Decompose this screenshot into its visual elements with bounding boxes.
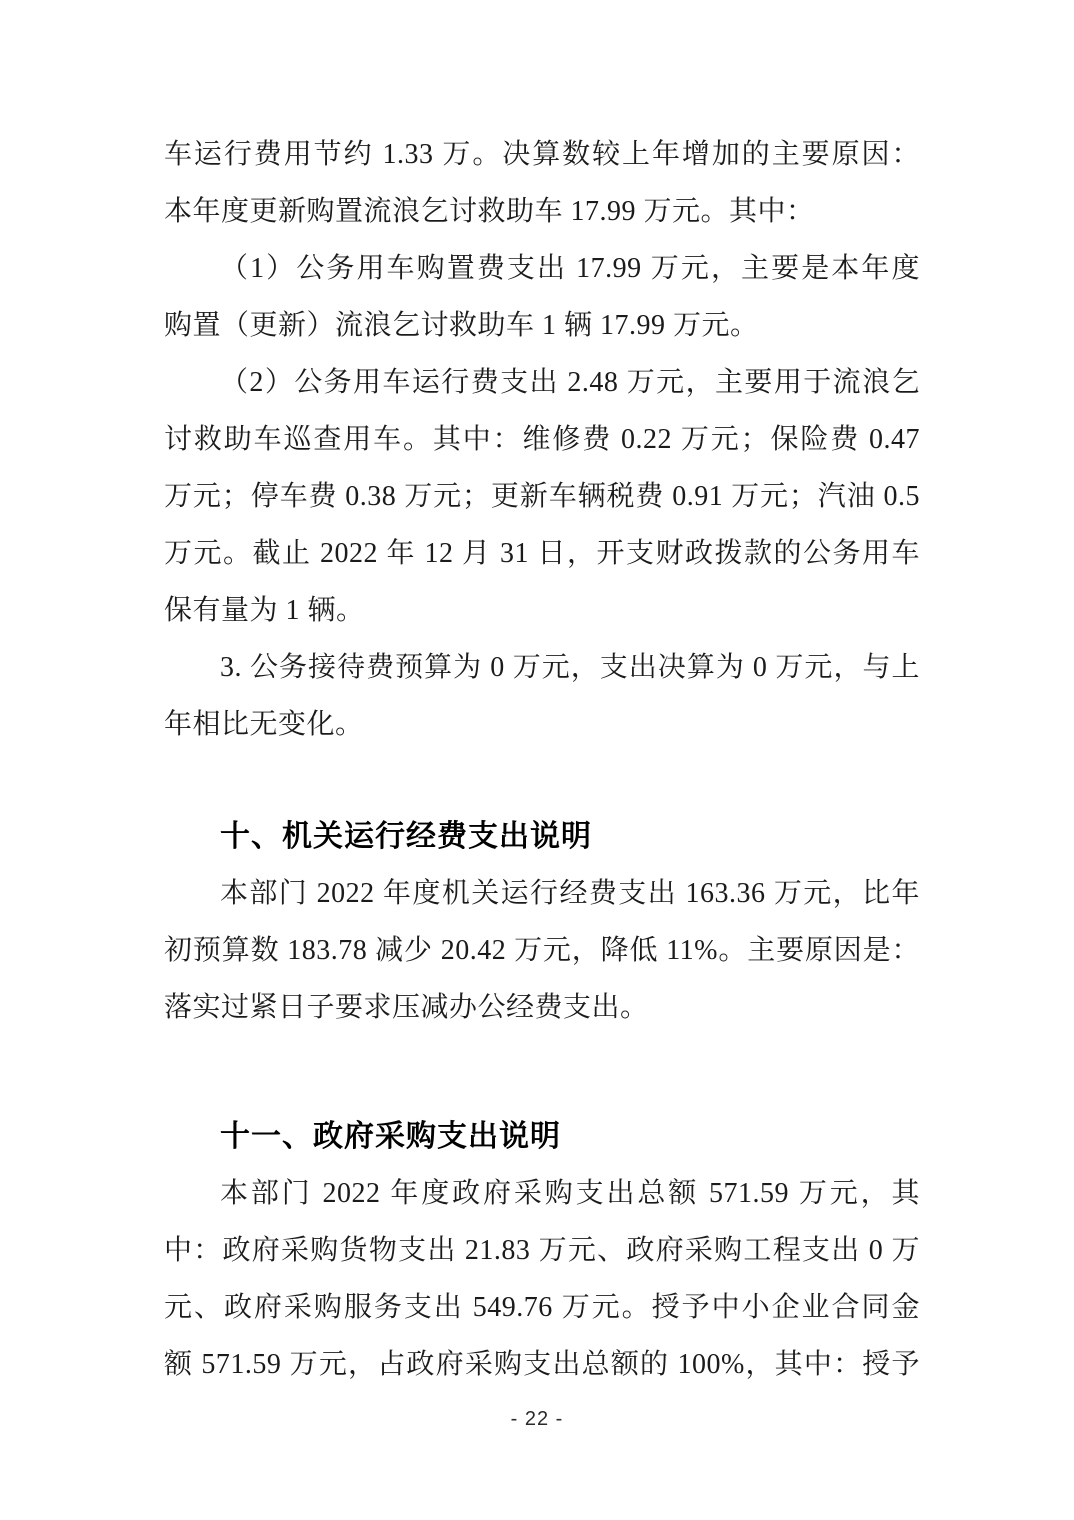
section-heading-11: 十一、政府采购支出说明 (164, 1108, 920, 1165)
body-line-item2-5: 保有量为 1 辆。 (164, 582, 920, 639)
body-line-item3-1: 3. 公务接待费预算为 0 万元，支出决算为 0 万元，与上 (164, 639, 920, 696)
section-heading-10: 十、机关运行经费支出说明 (164, 808, 920, 865)
body-line-sec11-4: 额 571.59 万元，占政府采购支出总额的 100%，其中：授予 (164, 1336, 920, 1393)
body-line-item1-2: 购置（更新）流浪乞讨救助车 1 辆 17.99 万元。 (164, 297, 920, 354)
body-line-sec11-2: 中：政府采购货物支出 21.83 万元、政府采购工程支出 0 万 (164, 1222, 920, 1279)
page-number: - 22 - (0, 1406, 1074, 1432)
document-body: 车运行费用节约 1.33 万。决算数较上年增加的主要原因： 本年度更新购置流浪乞… (164, 126, 920, 1393)
body-line-item2-2: 讨救助车巡查用车。其中：维修费 0.22 万元；保险费 0.47 (164, 411, 920, 468)
body-line-item2-3: 万元；停车费 0.38 万元；更新车辆税费 0.91 万元；汽油 0.5 (164, 468, 920, 525)
body-line-item3-2: 年相比无变化。 (164, 696, 920, 753)
body-line-carryover-2: 本年度更新购置流浪乞讨救助车 17.99 万元。其中： (164, 183, 920, 240)
body-line-sec10-3: 落实过紧日子要求压减办公经费支出。 (164, 979, 920, 1036)
body-line-item2-1: （2）公务用车运行费支出 2.48 万元，主要用于流浪乞 (164, 354, 920, 411)
document-page: 车运行费用节约 1.33 万。决算数较上年增加的主要原因： 本年度更新购置流浪乞… (0, 0, 1074, 1520)
body-line-item2-4: 万元。截止 2022 年 12 月 31 日，开支财政拨款的公务用车 (164, 525, 920, 582)
body-line-sec11-3: 元、政府采购服务支出 549.76 万元。授予中小企业合同金 (164, 1279, 920, 1336)
body-line-carryover-1: 车运行费用节约 1.33 万。决算数较上年增加的主要原因： (164, 126, 920, 183)
body-line-sec10-2: 初预算数 183.78 减少 20.42 万元，降低 11%。主要原因是： (164, 922, 920, 979)
body-line-item1-1: （1）公务用车购置费支出 17.99 万元，主要是本年度 (164, 240, 920, 297)
body-line-sec10-1: 本部门 2022 年度机关运行经费支出 163.36 万元，比年 (164, 865, 920, 922)
body-line-sec11-1: 本部门 2022 年度政府采购支出总额 571.59 万元，其 (164, 1165, 920, 1222)
